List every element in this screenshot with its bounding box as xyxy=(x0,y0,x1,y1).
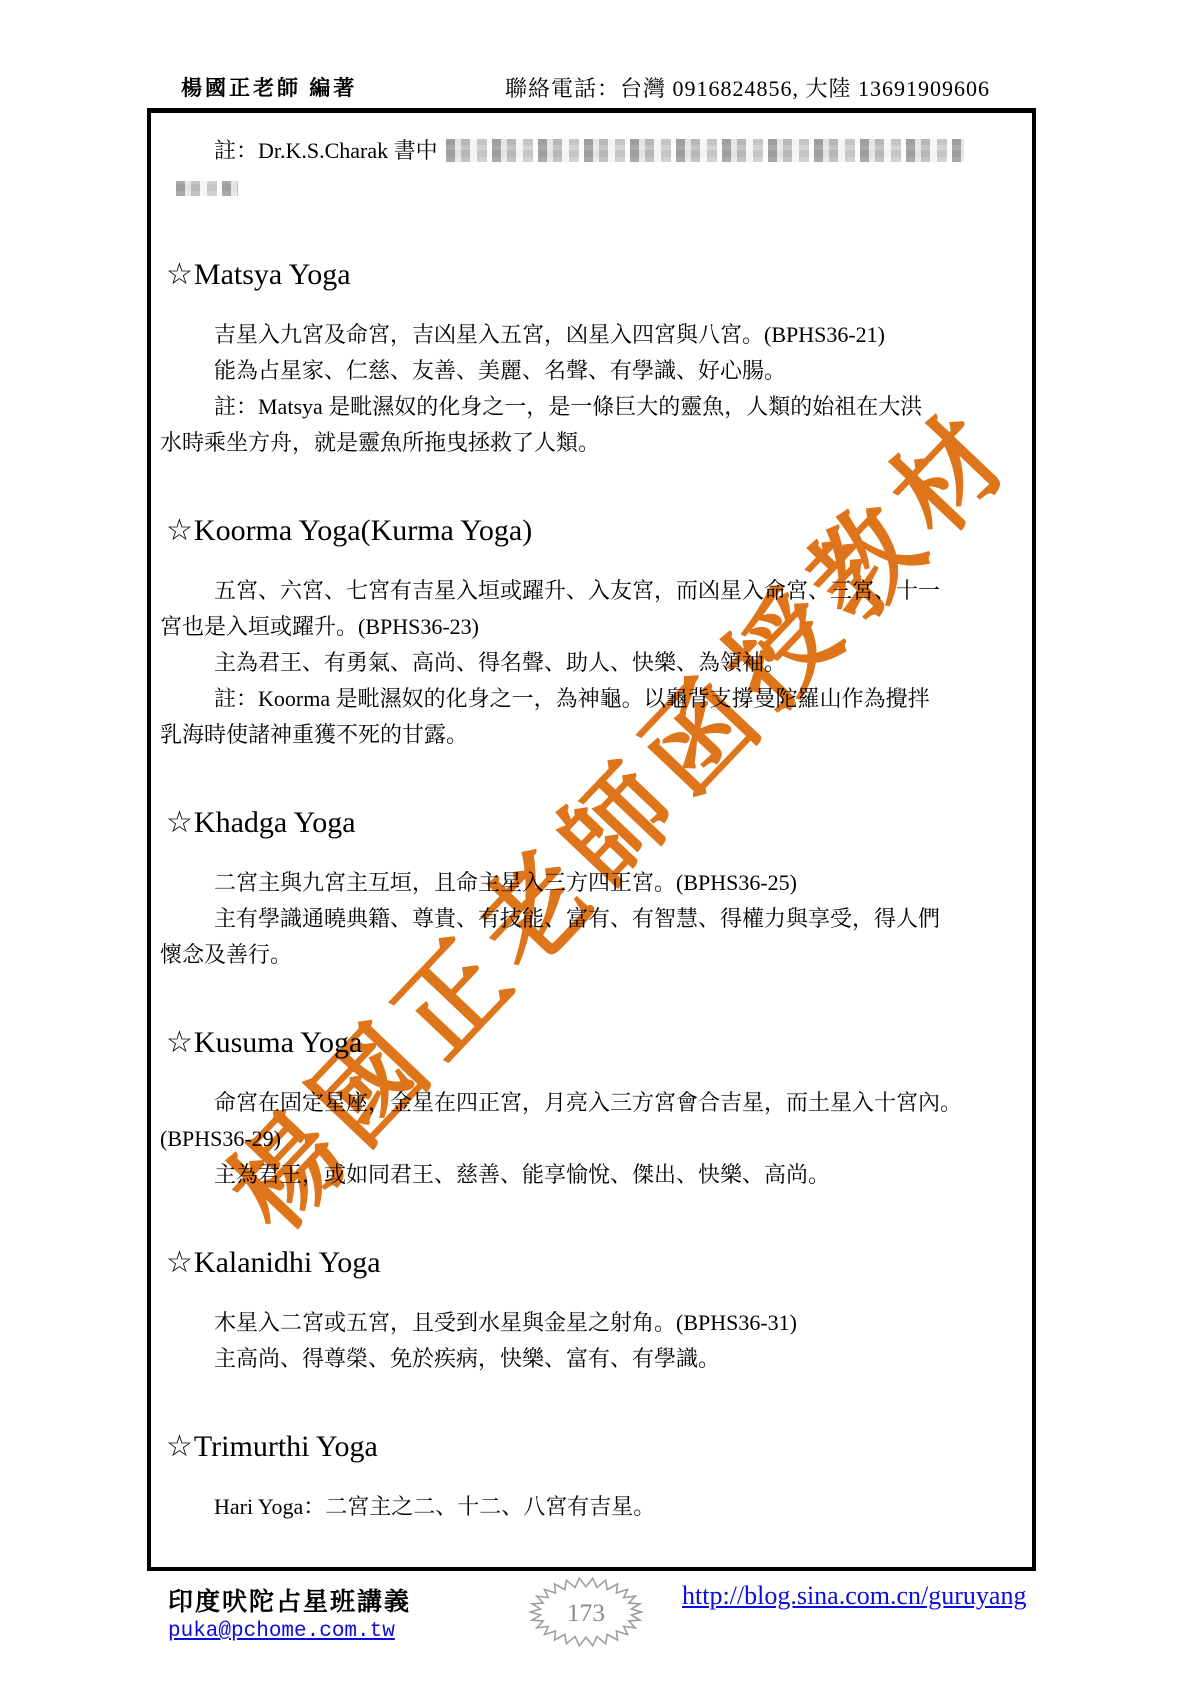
section-heading-khadga: ☆Khadga Yoga xyxy=(166,801,1026,845)
content-border-box: 楊國正老師函授教材 註：Dr.K.S.Charak 書中 ☆Matsya Yog… xyxy=(147,108,1036,1571)
body-line: 乳海時使諸神重獲不死的甘露。 xyxy=(160,717,1026,753)
section-body: 吉星入九宮及命宮，吉凶星入五宮，凶星入四宮與八宮。(BPHS36-21) 能為占… xyxy=(160,317,1026,461)
blog-link[interactable]: http://blog.sina.com.cn/guruyang xyxy=(682,1581,1026,1610)
section-title-text: Trimurthi Yoga xyxy=(194,1430,378,1463)
document-page: 楊國正老師 編著 聯絡電話：台灣 0916824856, 大陸 13691909… xyxy=(0,0,1190,1683)
footer-url: http://blog.sina.com.cn/guruyang xyxy=(682,1581,1026,1611)
body-line: 吉星入九宮及命宮，吉凶星入五宮，凶星入四宮與八宮。(BPHS36-21) xyxy=(160,317,1026,353)
section-heading-matsya: ☆Matsya Yoga xyxy=(166,253,1026,297)
section-body: 命宮在固定星座，金星在四正宮，月亮入三方宮會合吉星，而土星入十宮內。 (BPHS… xyxy=(160,1085,1026,1193)
body-line: 能為占星家、仁慈、友善、美麗、名聲、有學識、好心腸。 xyxy=(160,353,1026,389)
document-body: 註：Dr.K.S.Charak 書中 ☆Matsya Yoga 吉星入九宮及命宮… xyxy=(160,133,1026,1525)
redacted-blur xyxy=(446,139,964,162)
page-number-starburst: 173 xyxy=(527,1575,645,1649)
body-line: 木星入二宮或五宮，且受到水星與金星之射角。(BPHS36-31) xyxy=(160,1305,1026,1341)
body-line: 主有學識通曉典籍、尊貴、有技能、富有、有智慧、得權力與享受，得人們 xyxy=(160,901,1026,937)
body-line: 註：Matsya 是毗濕奴的化身之一，是一條巨大的靈魚，人類的始祖在大洪 xyxy=(160,389,1026,425)
section-body: 木星入二宮或五宮，且受到水星與金星之射角。(BPHS36-31) 主高尚、得尊榮… xyxy=(160,1305,1026,1377)
section-body: 五宮、六宮、七宮有吉星入垣或躍升、入友宮，而凶星入命宮、三宮、十一 宮也是入垣或… xyxy=(160,573,1026,753)
body-line: 宮也是入垣或躍升。(BPHS36-23) xyxy=(160,609,1026,645)
section-heading-trimurthi: ☆Trimurthi Yoga xyxy=(166,1425,1026,1469)
body-line: 五宮、六宮、七宮有吉星入垣或躍升、入友宮，而凶星入命宮、三宮、十一 xyxy=(160,573,1026,609)
header-author: 楊國正老師 編著 xyxy=(181,72,357,102)
star-icon: ☆ xyxy=(166,1241,193,1285)
section-heading-kusuma: ☆Kusuma Yoga xyxy=(166,1021,1026,1065)
section-heading-koorma: ☆Koorma Yoga(Kurma Yoga) xyxy=(166,509,1026,553)
footer-email: puka@pchome.com.tw xyxy=(168,1620,395,1643)
intro-note-line2 xyxy=(160,169,1026,205)
email-link[interactable]: puka@pchome.com.tw xyxy=(168,1620,395,1643)
body-line: Hari Yoga：二宮主之二、十二、八宮有吉星。 xyxy=(160,1489,1026,1525)
page-number: 173 xyxy=(567,1599,605,1627)
intro-note-line: 註：Dr.K.S.Charak 書中 xyxy=(160,133,1026,169)
footer-course-title: 印度吠陀占星班講義 xyxy=(168,1582,411,1618)
section-body: Hari Yoga：二宮主之二、十二、八宮有吉星。 xyxy=(160,1489,1026,1525)
body-line: 二宮主與九宮主互垣，且命主星入三方四正宮。(BPHS36-25) xyxy=(160,865,1026,901)
star-icon: ☆ xyxy=(166,509,193,553)
body-line: 懷念及善行。 xyxy=(160,937,1026,973)
body-line: 主為君王、有勇氣、高尚、得名聲、助人、快樂、為領袖。 xyxy=(160,645,1026,681)
section-title-text: Kalanidhi Yoga xyxy=(194,1246,381,1279)
section-body: 二宮主與九宮主互垣，且命主星入三方四正宮。(BPHS36-25) 主有學識通曉典… xyxy=(160,865,1026,973)
body-line: 主高尚、得尊榮、免於疾病，快樂、富有、有學識。 xyxy=(160,1341,1026,1377)
section-title-text: Kusuma Yoga xyxy=(194,1026,362,1059)
redacted-blur xyxy=(176,181,238,196)
body-line: 主為君王，或如同君王、慈善、能享愉悅、傑出、快樂、高尚。 xyxy=(160,1157,1026,1193)
star-icon: ☆ xyxy=(166,1425,193,1469)
section-title-text: Khadga Yoga xyxy=(194,806,356,839)
header-contact: 聯絡電話：台灣 0916824856, 大陸 13691909606 xyxy=(505,72,990,103)
body-line: 命宮在固定星座，金星在四正宮，月亮入三方宮會合吉星，而土星入十宮內。 xyxy=(160,1085,1026,1121)
star-icon: ☆ xyxy=(166,1021,193,1065)
body-line: 水時乘坐方舟，就是靈魚所拖曳拯救了人類。 xyxy=(160,425,1026,461)
section-title-text: Koorma Yoga(Kurma Yoga) xyxy=(194,514,532,547)
intro-note-prefix: 註：Dr.K.S.Charak 書中 xyxy=(214,138,438,163)
section-heading-kalanidhi: ☆Kalanidhi Yoga xyxy=(166,1241,1026,1285)
body-line: (BPHS36-29) xyxy=(160,1121,1026,1157)
star-icon: ☆ xyxy=(166,253,193,297)
body-line: 註：Koorma 是毗濕奴的化身之一，為神龜。以龜背支撐曼陀羅山作為攪拌 xyxy=(160,681,1026,717)
star-icon: ☆ xyxy=(166,801,193,845)
section-title-text: Matsya Yoga xyxy=(194,258,351,291)
